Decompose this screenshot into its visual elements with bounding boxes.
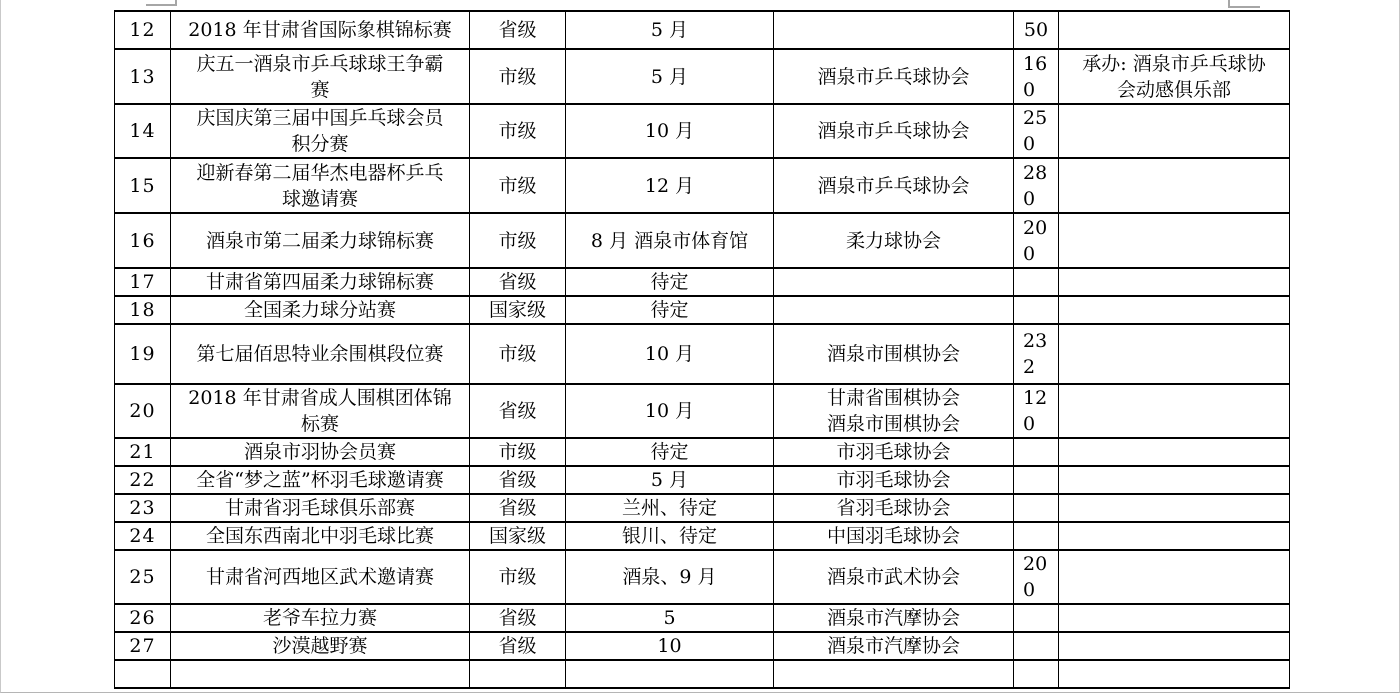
table-row: 25 甘肃省河西地区武术邀请赛 市级 酒泉、9 月 酒泉市武术协会 200 <box>115 550 1290 604</box>
cell-event-level[interactable]: 国家级 <box>470 296 566 324</box>
cell-organizer[interactable] <box>774 268 1014 296</box>
cell-event-name[interactable]: 老爷车拉力赛 <box>171 604 470 632</box>
cell-organizer[interactable] <box>774 296 1014 324</box>
cell-row-number[interactable]: 27 <box>115 632 171 660</box>
cell-event-level[interactable]: 省级 <box>470 268 566 296</box>
cell-note[interactable] <box>1059 604 1290 632</box>
cell-row-number[interactable]: 23 <box>115 494 171 522</box>
cell-participant-count[interactable] <box>1014 494 1059 522</box>
cell-event-level[interactable]: 省级 <box>470 466 566 494</box>
cell-event-month-place[interactable]: 10 月 <box>566 104 774 158</box>
cell-event-level[interactable]: 市级 <box>470 438 566 466</box>
cell-row-number[interactable]: 19 <box>115 324 171 384</box>
cell-event-name[interactable]: 甘肃省第四届柔力球锦标赛 <box>171 268 470 296</box>
cell-event-name[interactable]: 酒泉市第二届柔力球锦标赛 <box>171 213 470 268</box>
cell-event-level[interactable]: 市级 <box>470 213 566 268</box>
cutoff-table-corner-left <box>146 0 177 6</box>
cell-organizer[interactable]: 柔力球协会 <box>774 213 1014 268</box>
cell-participant-count[interactable] <box>1014 604 1059 632</box>
cell-participant-count[interactable]: 50 <box>1014 11 1059 49</box>
cell-row-number[interactable]: 13 <box>115 49 171 104</box>
table-row: 12 2018 年甘肃省国际象棋锦标赛 省级 5 月 50 <box>115 11 1290 49</box>
cell-organizer[interactable]: 省羽毛球协会 <box>774 494 1014 522</box>
cell-participant-count[interactable]: 160 <box>1014 49 1059 104</box>
cell-event-name[interactable]: 2018 年甘肃省国际象棋锦标赛 <box>171 11 470 49</box>
cell-event-name[interactable]: 2018 年甘肃省成人围棋团体锦 标赛 <box>171 384 470 438</box>
cell-event-month-place[interactable] <box>566 660 774 688</box>
table-row: 18 全国柔力球分站赛 国家级 待定 <box>115 296 1290 324</box>
document-page: { "page": { "background": "#ffffff", "gr… <box>0 0 1400 693</box>
cell-event-month-place[interactable]: 待定 <box>566 296 774 324</box>
cell-event-month-place[interactable]: 待定 <box>566 438 774 466</box>
cell-event-month-place[interactable]: 5 <box>566 604 774 632</box>
cell-organizer[interactable] <box>774 11 1014 49</box>
cell-participant-count[interactable]: 250 <box>1014 104 1059 158</box>
cell-participant-count[interactable] <box>1014 438 1059 466</box>
cell-event-level[interactable]: 省级 <box>470 384 566 438</box>
table-row: 16 酒泉市第二届柔力球锦标赛 市级 8 月 酒泉市体育馆 柔力球协会 200 <box>115 213 1290 268</box>
cell-event-month-place[interactable]: 待定 <box>566 268 774 296</box>
cell-event-name[interactable]: 沙漠越野赛 <box>171 632 470 660</box>
cell-organizer[interactable] <box>774 660 1014 688</box>
cell-organizer[interactable]: 酒泉市围棋协会 <box>774 324 1014 384</box>
cell-event-name[interactable]: 庆国庆第三届中国乒乓球会员 积分赛 <box>171 104 470 158</box>
cell-row-number[interactable]: 15 <box>115 158 171 213</box>
cell-note[interactable] <box>1059 158 1290 213</box>
cell-event-month-place[interactable]: 10 月 <box>566 384 774 438</box>
cell-participant-count[interactable] <box>1014 522 1059 550</box>
table-row: 13 庆五一酒泉市乒乓球球王争霸 赛 市级 5 月 酒泉市乒乓球协会 160 承… <box>115 49 1290 104</box>
cell-note[interactable] <box>1059 296 1290 324</box>
cell-organizer[interactable]: 酒泉市乒乓球协会 <box>774 104 1014 158</box>
cell-participant-count[interactable]: 232 <box>1014 324 1059 384</box>
cell-participant-count[interactable]: 200 <box>1014 550 1059 604</box>
cell-event-month-place[interactable]: 10 <box>566 632 774 660</box>
table-row: 17 甘肃省第四届柔力球锦标赛 省级 待定 <box>115 268 1290 296</box>
cell-event-level[interactable]: 市级 <box>470 49 566 104</box>
cell-event-month-place[interactable]: 酒泉、9 月 <box>566 550 774 604</box>
table-row: 14 庆国庆第三届中国乒乓球会员 积分赛 市级 10 月 酒泉市乒乓球协会 25… <box>115 104 1290 158</box>
cell-event-level[interactable]: 省级 <box>470 604 566 632</box>
cell-row-number[interactable]: 17 <box>115 268 171 296</box>
table-row: 27 沙漠越野赛 省级 10 酒泉市汽摩协会 <box>115 632 1290 660</box>
cell-event-month-place[interactable]: 兰州、待定 <box>566 494 774 522</box>
cell-row-number[interactable]: 18 <box>115 296 171 324</box>
cell-event-month-place[interactable]: 5 月 <box>566 49 774 104</box>
cell-event-level[interactable]: 省级 <box>470 11 566 49</box>
table-row: 21 酒泉市羽协会员赛 市级 待定 市羽毛球协会 <box>115 438 1290 466</box>
table-row: 15 迎新春第二届华杰电器杯乒乓 球邀请赛 市级 12 月 酒泉市乒乓球协会 2… <box>115 158 1290 213</box>
cell-organizer[interactable]: 酒泉市武术协会 <box>774 550 1014 604</box>
cell-participant-count[interactable] <box>1014 268 1059 296</box>
table-row: 24 全国东西南北中羽毛球比赛 国家级 银川、待定 中国羽毛球协会 <box>115 522 1290 550</box>
cell-event-name[interactable]: 甘肃省羽毛球俱乐部赛 <box>171 494 470 522</box>
table-row: 19 第七届佰思特业余围棋段位赛 市级 10 月 酒泉市围棋协会 232 <box>115 324 1290 384</box>
cell-note[interactable] <box>1059 660 1290 688</box>
cell-note[interactable] <box>1059 438 1290 466</box>
table-row: 20 2018 年甘肃省成人围棋团体锦 标赛 省级 10 月 甘肃省围棋协会 酒… <box>115 384 1290 438</box>
cell-event-level[interactable] <box>470 660 566 688</box>
cell-event-name[interactable]: 全国柔力球分站赛 <box>171 296 470 324</box>
cell-participant-count[interactable]: 120 <box>1014 384 1059 438</box>
cell-event-level[interactable]: 国家级 <box>470 522 566 550</box>
cell-event-month-place[interactable]: 10 月 <box>566 324 774 384</box>
cell-event-level[interactable]: 市级 <box>470 158 566 213</box>
cell-row-number[interactable]: 14 <box>115 104 171 158</box>
cell-note[interactable] <box>1059 11 1290 49</box>
table-row <box>115 660 1290 688</box>
cell-organizer[interactable]: 酒泉市汽摩协会 <box>774 632 1014 660</box>
cell-event-name[interactable]: 第七届佰思特业余围棋段位赛 <box>171 324 470 384</box>
cell-note[interactable] <box>1059 522 1290 550</box>
cell-row-number[interactable]: 25 <box>115 550 171 604</box>
cutoff-table-corner-right <box>1228 0 1260 8</box>
cell-event-month-place[interactable]: 5 月 <box>566 11 774 49</box>
cell-event-name[interactable]: 甘肃省河西地区武术邀请赛 <box>171 550 470 604</box>
cell-note[interactable] <box>1059 384 1290 438</box>
cell-event-name[interactable]: 全省“梦之蓝”杯羽毛球邀请赛 <box>171 466 470 494</box>
cell-participant-count[interactable] <box>1014 660 1059 688</box>
cell-event-name[interactable]: 庆五一酒泉市乒乓球球王争霸 赛 <box>171 49 470 104</box>
cell-row-number[interactable] <box>115 660 171 688</box>
cell-organizer[interactable]: 市羽毛球协会 <box>774 466 1014 494</box>
cell-event-name[interactable]: 酒泉市羽协会员赛 <box>171 438 470 466</box>
cell-note[interactable] <box>1059 466 1290 494</box>
cell-event-name[interactable]: 迎新春第二届华杰电器杯乒乓 球邀请赛 <box>171 158 470 213</box>
cell-note[interactable] <box>1059 104 1290 158</box>
cell-row-number[interactable]: 22 <box>115 466 171 494</box>
cell-row-number[interactable]: 16 <box>115 213 171 268</box>
cell-event-level[interactable]: 市级 <box>470 324 566 384</box>
cell-organizer[interactable]: 甘肃省围棋协会 酒泉市围棋协会 <box>774 384 1014 438</box>
table-row: 26 老爷车拉力赛 省级 5 酒泉市汽摩协会 <box>115 604 1290 632</box>
cell-participant-count[interactable]: 200 <box>1014 213 1059 268</box>
cell-organizer[interactable]: 酒泉市汽摩协会 <box>774 604 1014 632</box>
cell-event-level[interactable]: 省级 <box>470 632 566 660</box>
cell-event-month-place[interactable]: 12 月 <box>566 158 774 213</box>
cell-row-number[interactable]: 12 <box>115 11 171 49</box>
cell-row-number[interactable]: 20 <box>115 384 171 438</box>
cell-organizer[interactable]: 中国羽毛球协会 <box>774 522 1014 550</box>
cell-event-level[interactable]: 市级 <box>470 104 566 158</box>
cell-event-level[interactable]: 市级 <box>470 550 566 604</box>
cell-organizer[interactable]: 市羽毛球协会 <box>774 438 1014 466</box>
cell-note[interactable]: 承办: 酒泉市乒乓球协 会动感俱乐部 <box>1059 49 1290 104</box>
cell-event-month-place[interactable]: 8 月 酒泉市体育馆 <box>566 213 774 268</box>
table-row: 23 甘肃省羽毛球俱乐部赛 省级 兰州、待定 省羽毛球协会 <box>115 494 1290 522</box>
cell-note[interactable] <box>1059 632 1290 660</box>
cell-event-level[interactable]: 省级 <box>470 494 566 522</box>
cell-participant-count[interactable]: 280 <box>1014 158 1059 213</box>
cell-row-number[interactable]: 21 <box>115 438 171 466</box>
cell-row-number[interactable]: 24 <box>115 522 171 550</box>
table-row: 22 全省“梦之蓝”杯羽毛球邀请赛 省级 5 月 市羽毛球协会 <box>115 466 1290 494</box>
cell-event-name[interactable]: 全国东西南北中羽毛球比赛 <box>171 522 470 550</box>
cell-participant-count[interactable] <box>1014 466 1059 494</box>
cell-organizer[interactable]: 酒泉市乒乓球协会 <box>774 158 1014 213</box>
events-table: 12 2018 年甘肃省国际象棋锦标赛 省级 5 月 50 13 庆五一酒泉市乒… <box>114 10 1290 689</box>
cell-participant-count[interactable] <box>1014 632 1059 660</box>
events-table-body: 12 2018 年甘肃省国际象棋锦标赛 省级 5 月 50 13 庆五一酒泉市乒… <box>115 11 1290 688</box>
cell-participant-count[interactable] <box>1014 296 1059 324</box>
cell-row-number[interactable]: 26 <box>115 604 171 632</box>
cell-event-month-place[interactable]: 银川、待定 <box>566 522 774 550</box>
cell-event-name[interactable] <box>171 660 470 688</box>
cell-note[interactable] <box>1059 213 1290 268</box>
cell-note[interactable] <box>1059 324 1290 384</box>
cell-organizer[interactable]: 酒泉市乒乓球协会 <box>774 49 1014 104</box>
cell-note[interactable] <box>1059 268 1290 296</box>
cell-event-month-place[interactable]: 5 月 <box>566 466 774 494</box>
cell-note[interactable] <box>1059 494 1290 522</box>
cell-note[interactable] <box>1059 550 1290 604</box>
